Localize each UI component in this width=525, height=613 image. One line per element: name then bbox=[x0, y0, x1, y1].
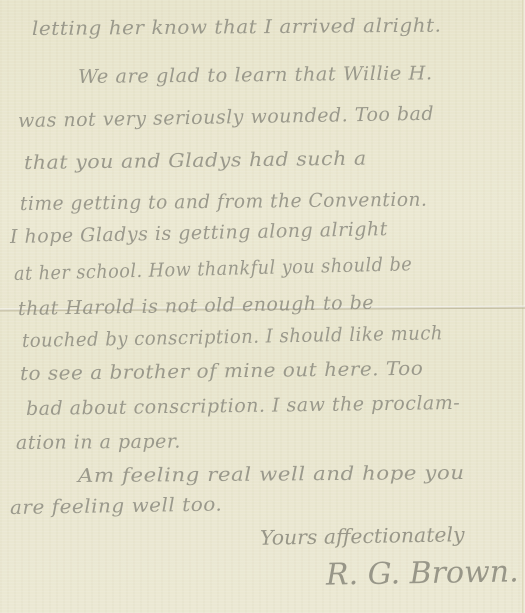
letter-line-7: at her school. How thankful you should b… bbox=[14, 253, 413, 285]
letter-page: letting her know that I arrived alright.… bbox=[0, 0, 525, 613]
letter-line-1: letting her know that I arrived alright. bbox=[32, 15, 442, 40]
letter-line-5: time getting to and from the Convention. bbox=[20, 189, 428, 215]
letter-line-14: are feeling well too. bbox=[10, 493, 223, 519]
letter-line-10: to see a brother of mine out here. Too bbox=[20, 358, 424, 385]
letter-line-12: ation in a paper. bbox=[16, 431, 181, 454]
letter-line-6: I hope Gladys is getting along alright bbox=[10, 218, 388, 248]
letter-line-11: bad about conscription. I saw the procla… bbox=[26, 392, 461, 420]
letter-line-9: touched by conscription. I should like m… bbox=[22, 322, 443, 352]
letter-line-4: that you and Gladys had such a bbox=[24, 148, 367, 174]
letter-line-13: Am feeling real well and hope you bbox=[78, 462, 465, 487]
letter-closing: Yours affectionately bbox=[260, 522, 465, 549]
letter-signature: R. G. Brown. bbox=[326, 554, 519, 592]
letter-line-2: We are glad to learn that Willie H. bbox=[78, 62, 433, 88]
letter-line-3: was not very seriously wounded. Too bad bbox=[18, 103, 434, 132]
letter-line-8: that Harold is not old enough to be bbox=[18, 292, 374, 320]
